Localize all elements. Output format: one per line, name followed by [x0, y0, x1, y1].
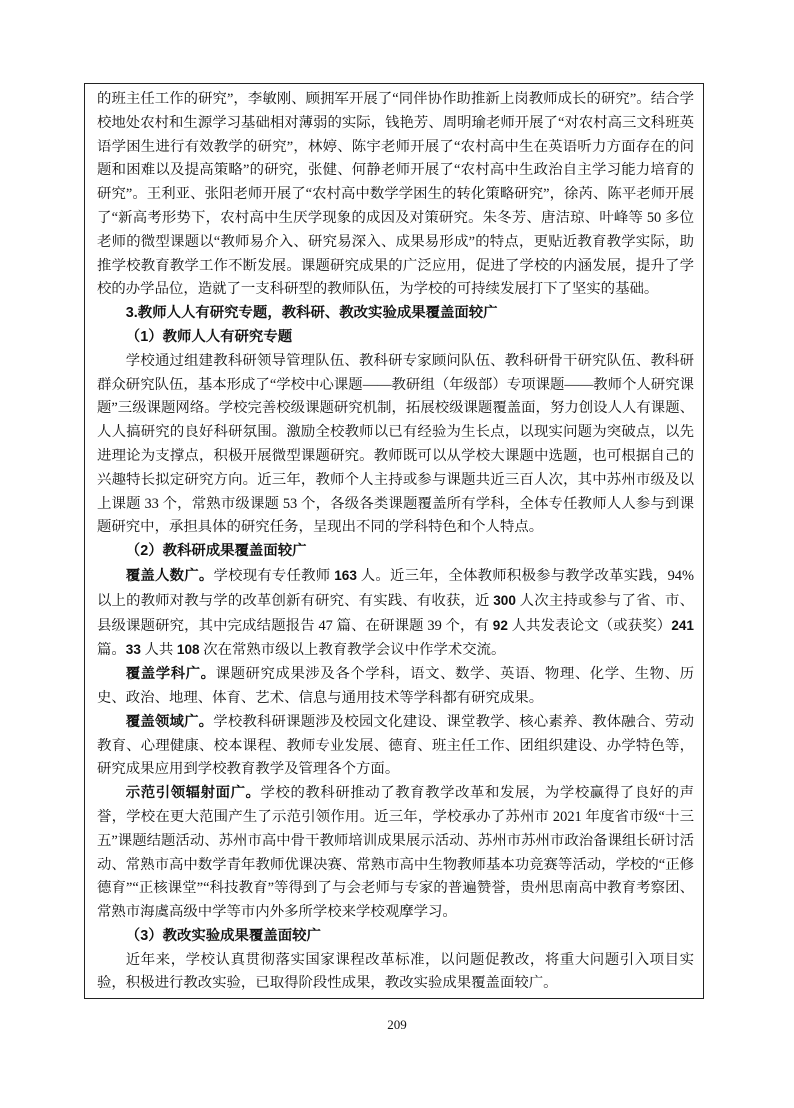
paragraph-demonstration-radiation: 示范引领辐射面广。学校的教科研推动了教育教学改革和发展，为学校赢得了良好的声誉，… — [97, 782, 694, 925]
number-run: 241 — [671, 618, 694, 633]
paragraph-coverage-subjects: 覆盖学科广。课题研究成果涉及各个学科，语文、数学、英语、物理、化学、生物、历史、… — [97, 663, 694, 711]
text-run: 篇。 — [97, 642, 126, 658]
paragraph-reform-experiment: 近年来，学校认真贯彻落实国家课程改革标准，以问题促教改，将重大问题引入项目实验，… — [97, 949, 694, 997]
number-run: 108 — [177, 642, 200, 657]
paragraph-coverage-fields: 覆盖领域广。学校教科研课题涉及校园文化建设、课堂教学、核心素养、教体融合、劳动教… — [97, 711, 694, 782]
number-run: 92 — [493, 618, 508, 633]
number-run: 33 — [126, 642, 141, 657]
bold-lead-run: 覆盖领域广。 — [126, 714, 213, 730]
text-run: 3.教师人人有研究专题，教科研、教改实验成果覆盖面较广 — [126, 305, 498, 321]
text-run: 人共 — [141, 642, 177, 658]
number-run: 163 — [334, 568, 357, 583]
bold-lead-run: 覆盖人数广。 — [126, 568, 214, 584]
bold-lead-run: 示范引领辐射面广。 — [126, 785, 261, 801]
content-border-box: 的班主任工作的研究”，李敏刚、顾拥军开展了“同伴协作助推新上岗教师成长的研究”。… — [84, 83, 704, 999]
text-run: 次在常熟市级以上教育教学会议中作学术交流。 — [200, 642, 506, 658]
paragraph-coverage-people: 覆盖人数广。学校现有专任教师 163 人。近三年，全体教师积极参与教学改革实践，… — [97, 564, 694, 663]
text-run: 人共发表论文（或获奖） — [508, 618, 671, 634]
subheading-1-everyone-has-research-topic: （1）教师人人有研究专题 — [97, 326, 694, 350]
page-number: 209 — [0, 1017, 794, 1033]
text-run: 学校现有专任教师 — [213, 568, 334, 584]
number-run: 300 — [493, 593, 516, 608]
subheading-2-research-results-coverage: （2）教科研成果覆盖面较广 — [97, 540, 694, 564]
subheading-3-reform-results-coverage: （3）教改实验成果覆盖面较广 — [97, 925, 694, 949]
text-run: （1）教师人人有研究专题 — [126, 329, 292, 345]
text-run: 的班主任工作的研究”，李敏刚、顾拥军开展了“同伴协作助推新上岗教师成长的研究”。… — [97, 91, 694, 297]
bold-lead-run: 覆盖学科广。 — [126, 666, 216, 682]
document-page: 的班主任工作的研究”，李敏刚、顾拥军开展了“同伴协作助推新上岗教师成长的研究”。… — [0, 0, 794, 1108]
text-run: （3）教改实验成果覆盖面较广 — [126, 928, 321, 944]
text-run: 近年来，学校认真贯彻落实国家课程改革标准，以问题促教改，将重大问题引入项目实验，… — [97, 952, 694, 992]
paragraph-research-network: 学校通过组建教科研领导管理队伍、教科研专家顾问队伍、教科研骨干研究队伍、教科研群… — [97, 350, 694, 540]
document-body: 的班主任工作的研究”，李敏刚、顾拥军开展了“同伴协作助推新上岗教师成长的研究”。… — [97, 88, 694, 996]
heading-3-teacher-research: 3.教师人人有研究专题，教科研、教改实验成果覆盖面较广 — [97, 302, 694, 326]
paragraph-class-teacher-research-continued: 的班主任工作的研究”，李敏刚、顾拥军开展了“同伴协作助推新上岗教师成长的研究”。… — [97, 88, 694, 302]
text-run: （2）教科研成果覆盖面较广 — [126, 543, 307, 559]
text-run: 学校通过组建教科研领导管理队伍、教科研专家顾问队伍、教科研骨干研究队伍、教科研群… — [97, 353, 694, 536]
text-run: 学校的教科研推动了教育教学改革和发展，为学校赢得了良好的声誉，学校在更大范围产生… — [97, 785, 694, 920]
